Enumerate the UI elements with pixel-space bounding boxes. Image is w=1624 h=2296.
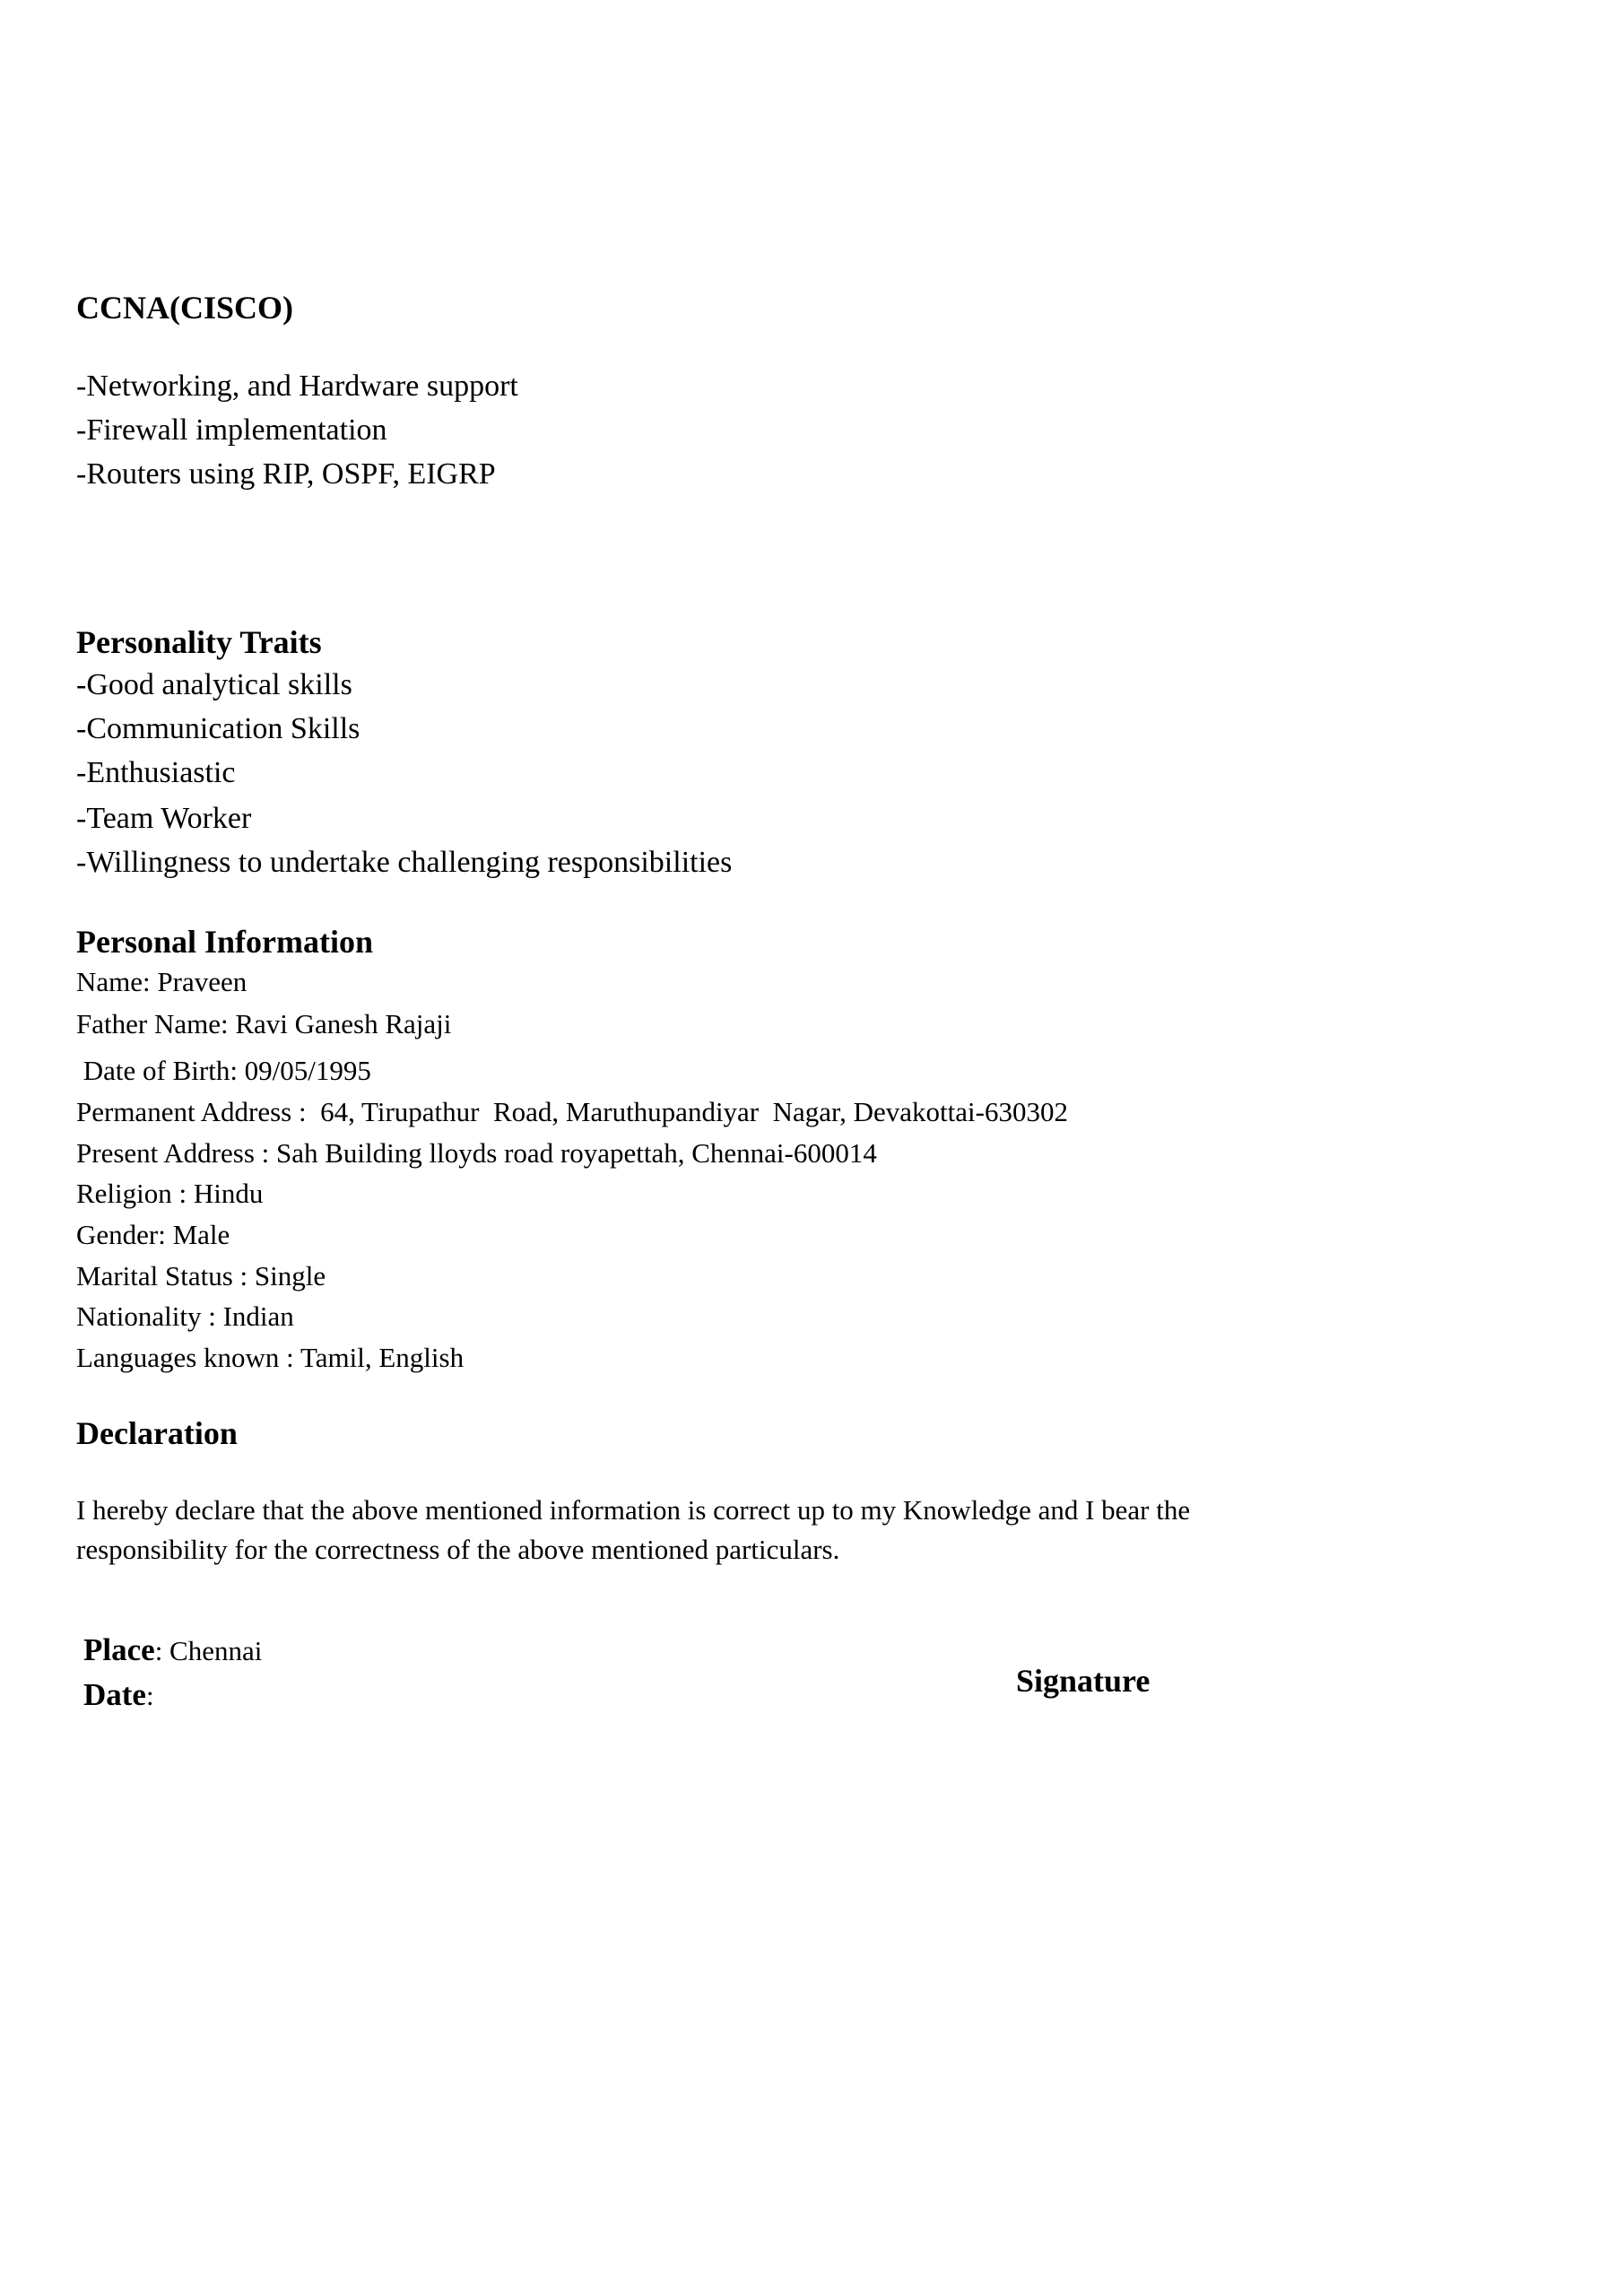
trait-item: -Enthusiastic [76, 758, 236, 788]
info-religion: Religion : Hindu [76, 1179, 263, 1207]
info-father-name: Father Name: Ravi Ganesh Rajaji [76, 1010, 451, 1038]
info-date-of-birth: Date of Birth: 09/05/1995 [76, 1057, 371, 1084]
info-gender: Gender: Male [76, 1221, 230, 1248]
ccna-item: -Firewall implementation [76, 415, 387, 446]
info-marital-status: Marital Status : Single [76, 1262, 326, 1290]
place-row: Place: Chennai [76, 1620, 262, 1665]
trait-item: -Good analytical skills [76, 670, 352, 700]
declaration-text-line: I hereby declare that the above mentione… [76, 1496, 1190, 1524]
info-name: Name: Praveen [76, 968, 247, 996]
date-row: Date: [76, 1665, 154, 1710]
info-languages: Languages known : Tamil, English [76, 1344, 464, 1371]
trait-item: -Willingness to undertake challenging re… [76, 848, 732, 878]
ccna-item: -Routers using RIP, OSPF, EIGRP [76, 459, 496, 490]
personal-information-heading: Personal Information [76, 926, 373, 958]
signature-label: Signature [1016, 1665, 1150, 1697]
ccna-heading: CCNA(CISCO) [76, 291, 293, 324]
declaration-heading: Declaration [76, 1417, 238, 1449]
trait-item: -Communication Skills [76, 714, 360, 744]
declaration-text-line: responsibility for the correctness of th… [76, 1535, 839, 1563]
place-value: : Chennai [155, 1635, 263, 1666]
date-value: : [146, 1680, 154, 1711]
trait-item: -Team Worker [76, 804, 251, 834]
info-permanent-address: Permanent Address : 64, Tirupathur Road,… [76, 1098, 1068, 1126]
personality-traits-heading: Personality Traits [76, 626, 322, 658]
date-label: Date [83, 1677, 146, 1712]
info-present-address: Present Address : Sah Building lloyds ro… [76, 1139, 877, 1167]
info-nationality: Nationality : Indian [76, 1302, 294, 1330]
place-label: Place [83, 1632, 155, 1667]
ccna-item: -Networking, and Hardware support [76, 371, 518, 402]
